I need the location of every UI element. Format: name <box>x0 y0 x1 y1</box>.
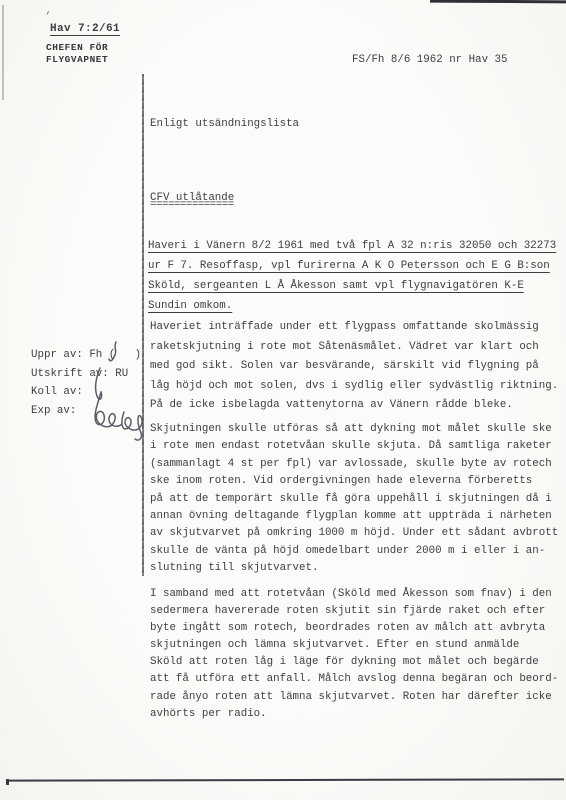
uppr-check-handwriting <box>109 342 116 361</box>
stray-ink-mark: ’ <box>45 12 51 23</box>
letterhead-line2: FLYGVAPNET <box>46 54 108 65</box>
letterhead-stamp: CHEFEN FÖRFLYGVAPNET <box>46 42 108 66</box>
scan-edge-bottom-notch <box>6 779 9 785</box>
statement-heading-underline: ============== <box>150 199 234 211</box>
distribution-line: Enligt utsändningslista <box>150 118 299 130</box>
case-reference-number: Hav 7:2/61 <box>50 23 120 35</box>
paper-fold-line <box>142 74 144 576</box>
body-paragraph-2: Skjutningen skulle utföras så att dyknin… <box>150 421 558 578</box>
exp-signature <box>95 392 142 440</box>
document-reference: FS/Fh 8/6 1962 nr Hav 35 <box>352 54 508 66</box>
handwriting-layer <box>85 335 160 447</box>
letterhead-line1: CHEFEN FÖR <box>46 42 108 53</box>
scan-edge-bottom <box>6 778 564 781</box>
scan-edge-top-right <box>430 0 566 3</box>
body-paragraph-3: I samband med att rotetvåan (Sköld med Å… <box>150 586 558 723</box>
scan-edge-left <box>2 5 4 100</box>
body-paragraph-1: Haveriet inträffade under ett flygpass o… <box>150 318 558 416</box>
subject-paragraph: Haveri i Vänern 8/2 1961 med två fpl A 3… <box>148 236 556 316</box>
